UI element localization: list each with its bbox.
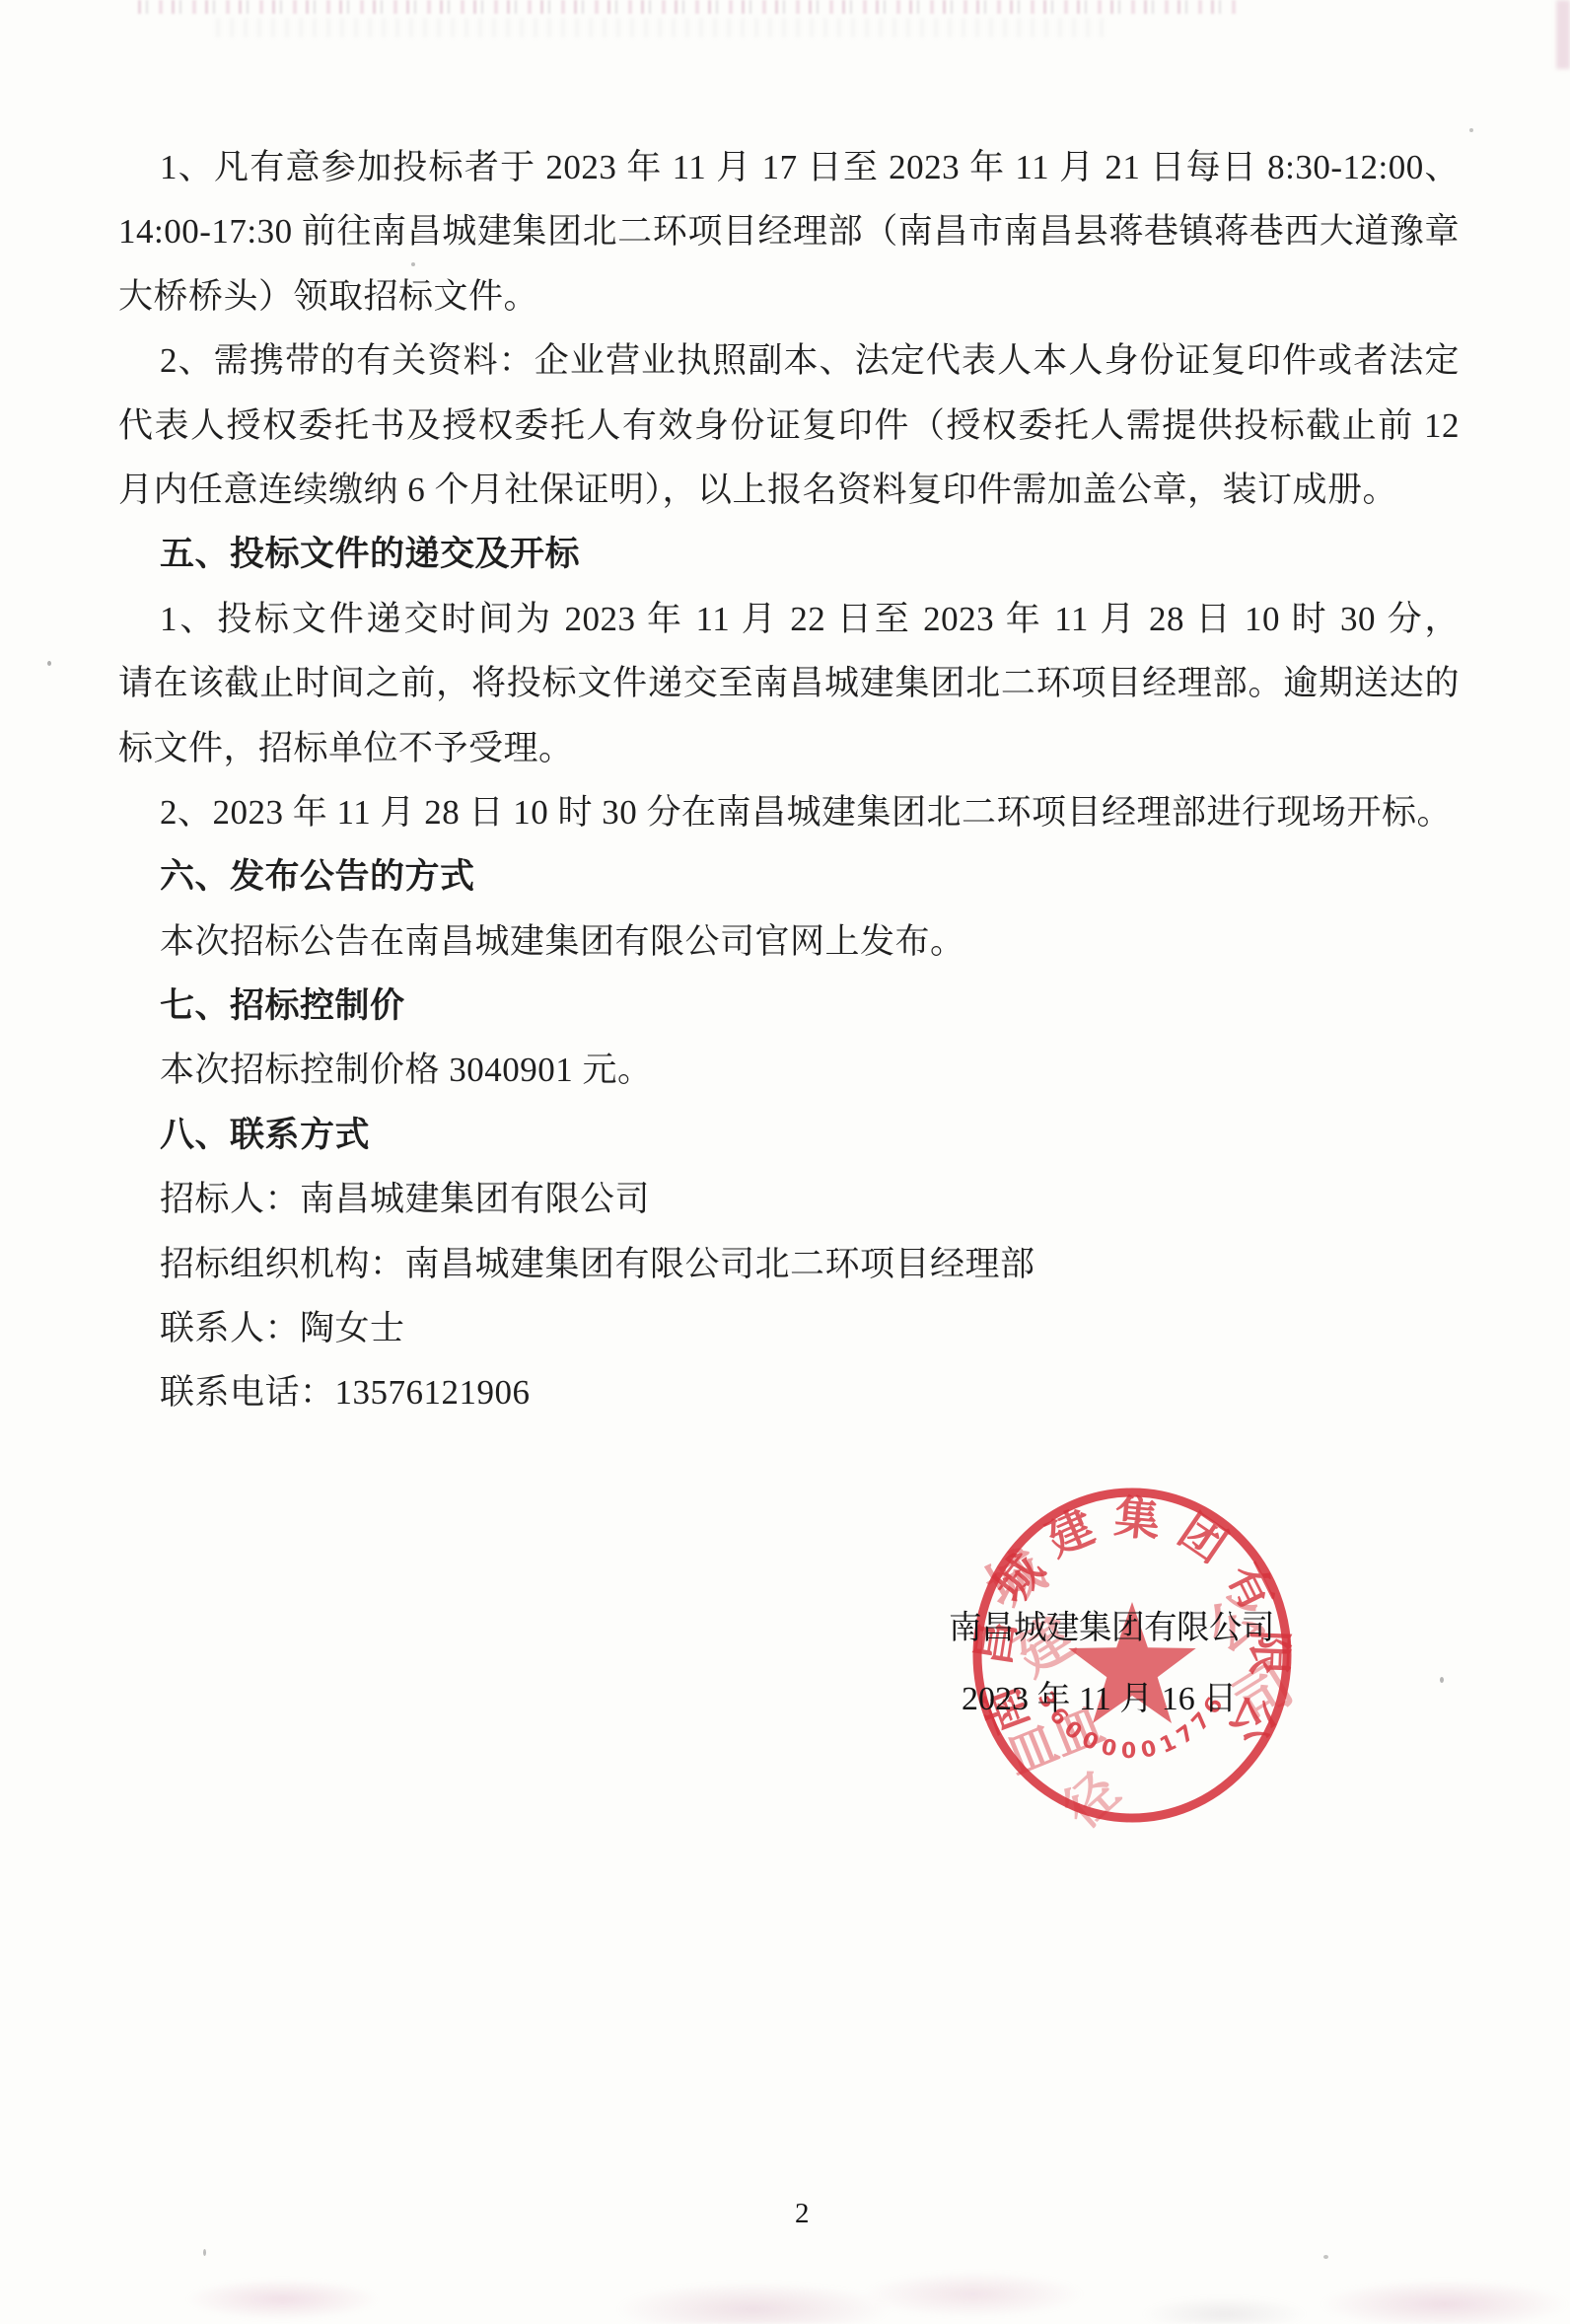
scan-bleed-right bbox=[1556, 0, 1570, 69]
text-line: 招标组织机构：南昌城建集团有限公司北二环项目经理部 bbox=[118, 1232, 1460, 1296]
text-line: 本次招标公告在南昌城建集团有限公司官网上发布。 bbox=[118, 909, 1460, 974]
scan-speck bbox=[1440, 1677, 1444, 1683]
signature-company-name: 南昌城建集团有限公司 bbox=[949, 1600, 1274, 1648]
scan-bleed-top bbox=[138, 0, 1243, 14]
text-line: 14:00-17:30 前往南昌城建集团北二环项目经理部（南昌市南昌县蒋巷镇蒋巷… bbox=[118, 199, 1460, 263]
text-line: 本次招标控制价格 3040901 元。 bbox=[118, 1038, 1460, 1102]
scan-speck bbox=[47, 661, 51, 666]
seal-graphic: 南昌城建集团有限公司 3600000177696 bbox=[955, 1480, 1310, 1845]
company-seal: 南昌城建集团有限公司 3600000177696 bbox=[955, 1480, 1310, 1845]
section-heading: 八、联系方式 bbox=[118, 1103, 1460, 1167]
text-line: 2、2023 年 11 月 28 日 10 时 30 分在南昌城建集团北二环项目… bbox=[118, 780, 1460, 844]
text-line: 1、凡有意参加投标者于 2023 年 11 月 17 日至 2023 年 11 … bbox=[118, 135, 1460, 199]
text-line: 1、投标文件递交时间为 2023 年 11 月 22 日至 2023 年 11 … bbox=[118, 587, 1460, 651]
document-page: 1、凡有意参加投标者于 2023 年 11 月 17 日至 2023 年 11 … bbox=[0, 0, 1570, 2324]
text-line: 代表人授权委托书及授权委托人有效身份证复印件（授权委托人需提供投标截止前 12 … bbox=[118, 394, 1460, 458]
scan-bleed-top-secondary bbox=[217, 18, 1105, 37]
text-line: 大桥桥头）领取招标文件。 bbox=[118, 264, 1460, 328]
section-heading: 五、投标文件的递交及开标 bbox=[118, 522, 1460, 586]
text-line: 联系电话：13576121906 bbox=[118, 1360, 1460, 1424]
text-line: 标文件，招标单位不予受理。 bbox=[118, 716, 1460, 780]
scan-speck bbox=[203, 2249, 206, 2256]
page-number: 2 bbox=[795, 2198, 810, 2230]
section-heading: 六、发布公告的方式 bbox=[118, 844, 1460, 908]
text-line: 2、需携带的有关资料：企业营业执照副本、法定代表人本人身份证复印件或者法定 bbox=[118, 328, 1460, 393]
section-heading: 七、招标控制价 bbox=[118, 974, 1460, 1038]
document-lines: 1、凡有意参加投标者于 2023 年 11 月 17 日至 2023 年 11 … bbox=[118, 135, 1460, 1425]
text-line: 请在该截止时间之前，将投标文件递交至南昌城建集团北二环项目经理部。逾期送达的投 bbox=[118, 651, 1460, 715]
signature-date: 2023 年 11 月 16 日 bbox=[962, 1671, 1237, 1719]
text-line: 联系人：陶女士 bbox=[118, 1296, 1460, 1360]
scan-speck bbox=[1469, 128, 1473, 132]
scan-speck bbox=[1323, 2255, 1328, 2259]
text-line: 招标人：南昌城建集团有限公司 bbox=[118, 1167, 1460, 1231]
scan-bleed-bottom bbox=[0, 2225, 1570, 2324]
text-line: 月内任意连续缴纳 6 个月社保证明），以上报名资料复印件需加盖公章，装订成册。 bbox=[118, 458, 1460, 522]
